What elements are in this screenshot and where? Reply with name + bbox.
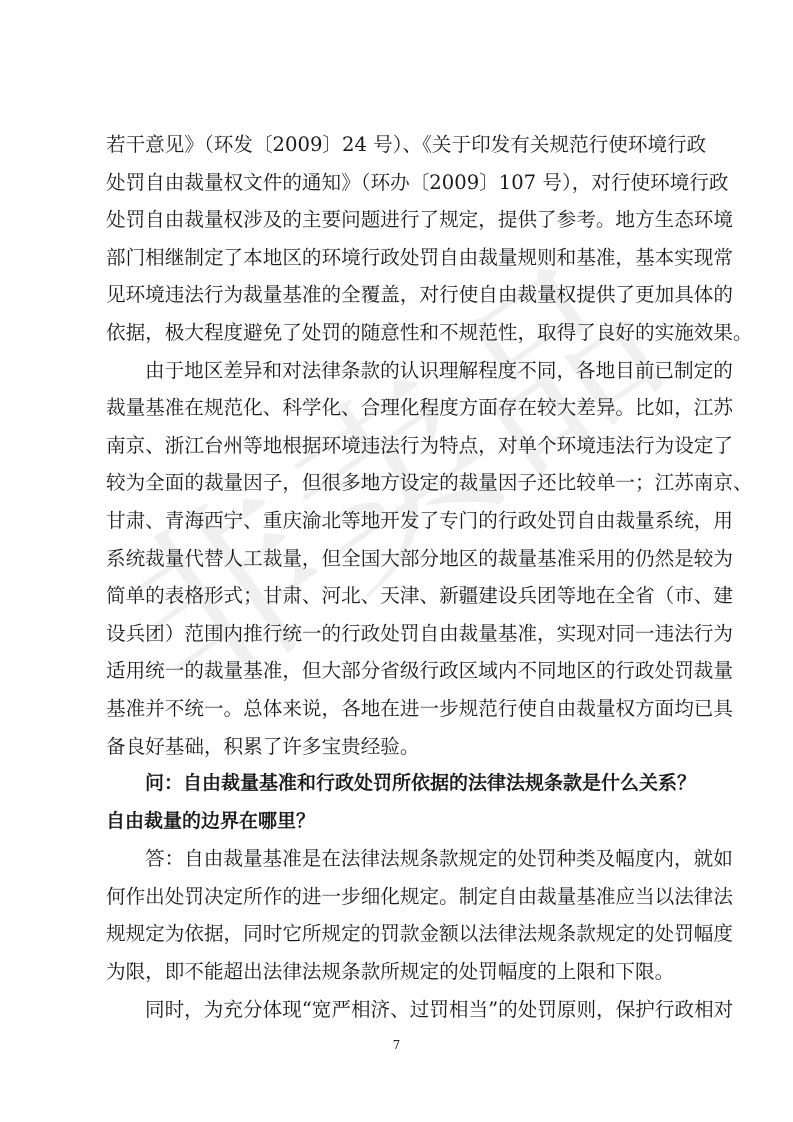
text-line: 适用统一的裁量基准，但大部分省级行政区域内不同地区的行政处罚裁量 bbox=[106, 652, 694, 690]
text-line: 见环境违法行为裁量基准的全覆盖，对行使自由裁量权提供了更加具体的 bbox=[106, 276, 694, 314]
paragraph-start-line: 由于地区差异和对法律条款的认识理解程度不同，各地目前已制定的 bbox=[106, 352, 694, 390]
text-line: 甘肃、青海西宁、重庆渝北等地开发了专门的行政处罚自由裁量系统，用 bbox=[106, 502, 694, 540]
text-line: 何作出处罚决定所作的进一步细化规定。制定自由裁量基准应当以法律法 bbox=[106, 878, 694, 916]
page-number: 7 bbox=[0, 1038, 793, 1052]
body-text: 若干意见》（环发〔2009〕24 号）、《关于印发有关规范行使环境行政 处罚自由… bbox=[106, 126, 694, 1028]
text-line: 若干意见》（环发〔2009〕24 号）、《关于印发有关规范行使环境行政 bbox=[106, 126, 694, 164]
question-heading-continued: 自由裁量的边界在哪里？ bbox=[106, 803, 694, 841]
text-line: 裁量基准在规范化、科学化、合理化程度方面存在较大差异。比如，江苏 bbox=[106, 389, 694, 427]
text-line: 南京、浙江台州等地根据环境违法行为特点，对单个环境违法行为设定了 bbox=[106, 427, 694, 465]
text-line: 处罚自由裁量权涉及的主要问题进行了规定，提供了参考。地方生态环境 bbox=[106, 201, 694, 239]
text-line: 规规定为依据，同时它所规定的罚款金额以法律法规条款规定的处罚幅度 bbox=[106, 915, 694, 953]
text-line: 简单的表格形式；甘肃、河北、天津、新疆建设兵团等地在全省（市、建 bbox=[106, 577, 694, 615]
answer-start-line: 答：自由裁量基准是在法律法规条款规定的处罚种类及幅度内，就如 bbox=[106, 840, 694, 878]
paragraph-end-line: 为限，即不能超出法律法规条款所规定的处罚幅度的上限和下限。 bbox=[106, 953, 694, 991]
document-page: 非卖品 若干意见》（环发〔2009〕24 号）、《关于印发有关规范行使环境行政 … bbox=[0, 0, 793, 1122]
text-line: 部门相继制定了本地区的环境行政处罚自由裁量规则和基准，基本实现常 bbox=[106, 239, 694, 277]
paragraph-start-line: 同时，为充分体现“宽严相济、过罚相当”的处罚原则，保护行政相对 bbox=[106, 991, 694, 1029]
text-line: 依据，极大程度避免了处罚的随意性和不规范性，取得了良好的实施效果。 bbox=[106, 314, 694, 352]
question-heading: 问：自由裁量基准和行政处罚所依据的法律法规条款是什么关系？ bbox=[106, 765, 694, 803]
paragraph-end-line: 备良好基础，积累了许多宝贵经验。 bbox=[106, 728, 694, 766]
text-line: 基准并不统一。总体来说，各地在进一步规范行使自由裁量权方面均已具 bbox=[106, 690, 694, 728]
text-line: 系统裁量代替人工裁量，但全国大部分地区的裁量基准采用的仍然是较为 bbox=[106, 540, 694, 578]
text-line: 处罚自由裁量权文件的通知》（环办〔2009〕107 号），对行使环境行政 bbox=[106, 164, 694, 202]
text-line: 设兵团）范围内推行统一的行政处罚自由裁量基准，实现对同一违法行为 bbox=[106, 615, 694, 653]
text-line: 较为全面的裁量因子，但很多地方设定的裁量因子还比较单一；江苏南京、 bbox=[106, 464, 694, 502]
